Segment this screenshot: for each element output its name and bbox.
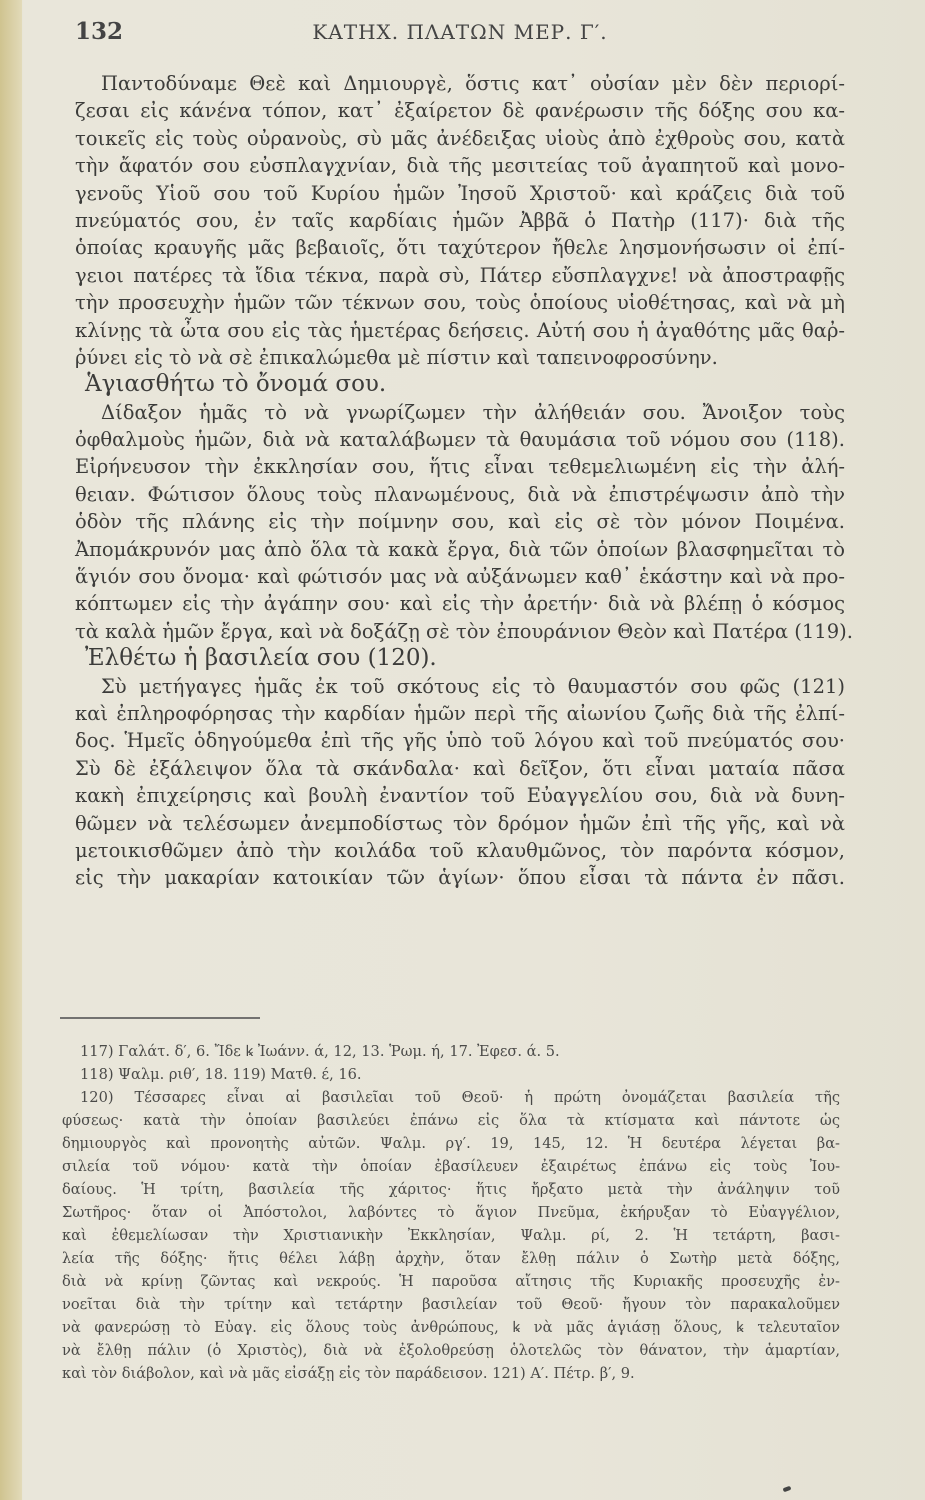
ink-speck: [783, 1486, 792, 1492]
footnotes: 117) Γαλάτ. δ′, 6. Ἴδε ꝃ Ἰωάνν. ά, 12, 1…: [80, 1040, 840, 1385]
text-line: θειαν. Φώτισον ὅλους τοὺς πλανωμένους, δ…: [75, 481, 845, 508]
footnote-118-119: 118) Ψαλμ. ριθ′, 18. 119) Ματθ. έ, 16.: [80, 1063, 840, 1086]
section-heading-hallowed: Ἁγιασθήτω τὸ ὄνομά σου.: [75, 371, 845, 398]
text-line: τὴν προσευχὴν ἡμῶν τῶν τέκνων σου, τοὺς …: [75, 289, 845, 316]
text-line: τὰ καλὰ ἡμῶν ἔργα, καὶ νὰ δοξάζῃ σὲ τὸν …: [75, 618, 845, 645]
footnote-line: σιλεία τοῦ νόμου· κατὰ τὴν ὁποίαν ἐβασίλ…: [62, 1155, 840, 1178]
text-line: καὶ ἐπληροφόρησας τὴν καρδίαν ἡμῶν περὶ …: [75, 700, 845, 727]
text-line: πνεύματός σου, ἐν ταῖς καρδίαις ἡμῶν Ἀββ…: [75, 207, 845, 234]
footnote-line: δημιουργὸς καὶ προνοητὴς αὐτῶν. Ψαλμ. ργ…: [62, 1132, 840, 1155]
main-text: Παντοδύναμε Θεὲ καὶ Δημιουργὲ, ὅστις κατ…: [75, 70, 845, 892]
text-line: θῶμεν νὰ τελέσωμεν ἀνεμποδίστως τὸν δρόμ…: [75, 810, 845, 837]
text-line: γειοι πατέρες τὰ ἴδια τέκνα, παρὰ σὺ, Πά…: [75, 262, 845, 289]
running-head: 132 ΚΑΤΗΧ. ΠΛΑΤΩΝ ΜΕΡ. Γ′.: [75, 18, 845, 58]
text-line: εἰς τὴν μακαρίαν κατοικίαν τῶν ἁγίων· ὅπ…: [75, 864, 845, 891]
footnote-divider: [60, 1017, 260, 1019]
text-line: γενοῦς Υἱοῦ σου τοῦ Κυρίου ἡμῶν Ἰησοῦ Χρ…: [75, 180, 845, 207]
footnote-line: φύσεως· κατὰ τὴν ὁποίαν βασιλεύει ἐπάνω …: [62, 1109, 840, 1132]
text-line: ζεσαι εἰς κάνένα τόπον, κατ᾽ ἐξαίρετον δ…: [75, 97, 845, 124]
footnote-121: καὶ τὸν διάβολον, καὶ νὰ μᾶς εἰσάξῃ εἰς …: [62, 1362, 840, 1385]
text-line: Δίδαξον ἡμᾶς τὸ νὰ γνωρίζωμεν τὴν ἀλήθει…: [75, 399, 845, 426]
text-line: ῥύνει εἰς τὸ νὰ σὲ ἐπικαλώμεθα μὲ πίστιν…: [75, 344, 845, 371]
text-line: Εἰρήνευσον τὴν ἐκκλησίαν σου, ἥτις εἶναι…: [75, 453, 845, 480]
text-line: ὁδὸν τῆς πλάνης εἰς τὴν ποίμνην σου, καὶ…: [75, 508, 845, 535]
footnote-line: νοεῖται διὰ τὴν τρίτην καὶ τετάρτην βασι…: [62, 1293, 840, 1316]
footnote-line: δαίους. Ἡ τρίτη, βασιλεία τῆς χάριτος· ἥ…: [62, 1178, 840, 1201]
text-line: Σὺ δὲ ἐξάλειψον ὅλα τὰ σκάνδαλα· καὶ δεῖ…: [75, 755, 845, 782]
text-line: ὁποίας κραυγῆς μᾶς βεβαιοῖς, ὅτι ταχύτερ…: [75, 234, 845, 261]
footnote-line: καὶ ἐθεμελίωσαν τὴν Χριστιανικὴν Ἐκκλησί…: [62, 1224, 840, 1247]
text-line: μετοικισθῶμεν ἀπὸ τὴν κοιλάδα τοῦ κλαυθμ…: [75, 837, 845, 864]
running-title: ΚΑΤΗΧ. ΠΛΑΤΩΝ ΜΕΡ. Γ′.: [75, 20, 845, 44]
text-line: δος. Ἡμεῖς ὁδηγούμεθα ἐπὶ τῆς γῆς ὑπὸ το…: [75, 727, 845, 754]
text-line: Ἀπομάκρυνόν μας ἀπὸ ὅλα τὰ κακὰ ἔργα, δι…: [75, 536, 845, 563]
text-line: ἅγιόν σου ὄνομα· καὶ φώτισόν μας νὰ αὐξά…: [75, 563, 845, 590]
footnote-line: λεία τῆς δόξης· ἥτις θέλει λάβῃ ἀρχὴν, ὅ…: [62, 1247, 840, 1270]
text-line: κακὴ ἐπιχείρησις καὶ βουλὴ ἐναντίον τοῦ …: [75, 782, 845, 809]
text-line: Παντοδύναμε Θεὲ καὶ Δημιουργὲ, ὅστις κατ…: [75, 70, 845, 97]
page-gutter: [0, 0, 22, 1500]
book-page: 132 ΚΑΤΗΧ. ΠΛΑΤΩΝ ΜΕΡ. Γ′. Παντοδύναμε Θ…: [0, 0, 925, 1500]
footnote-line: νὰ φανερώσῃ τὸ Εὐαγ. εἰς ὅλους τοὺς ἀνθρ…: [62, 1316, 840, 1339]
text-line: κόπτωμεν εἰς τὴν ἀγάπην σου· καὶ εἰς τὴν…: [75, 590, 845, 617]
section-heading-kingdom: Ἐλθέτω ἡ βασιλεία σου (120).: [75, 645, 845, 672]
footnote-line: Σωτῆρος· ὅταν οἱ Ἀπόστολοι, λαβόντες τὸ …: [62, 1201, 840, 1224]
text-line: τοικεῖς εἰς τοὺς οὐρανοὺς, σὺ μᾶς ἀνέδει…: [75, 125, 845, 152]
footnote-line: διὰ νὰ κρίνῃ ζῶντας καὶ νεκρούς. Ἡ παροῦ…: [62, 1270, 840, 1293]
text-line: Σὺ μετήγαγες ἡμᾶς ἐκ τοῦ σκότους εἰς τὸ …: [75, 673, 845, 700]
text-line: τὴν ἄφατόν σου εὐσπλαγχνίαν, διὰ τῆς μεσ…: [75, 152, 845, 179]
footnote-line: νὰ ἔλθῃ πάλιν (ὁ Χριστὸς), διὰ νὰ ἐξολοθ…: [62, 1339, 840, 1362]
footnote-120: 120) Τέσσαρες εἶναι αἱ βασιλεῖαι τοῦ Θεο…: [80, 1086, 840, 1109]
footnote-117: 117) Γαλάτ. δ′, 6. Ἴδε ꝃ Ἰωάνν. ά, 12, 1…: [80, 1040, 840, 1063]
text-line: κλίνῃς τὰ ὦτα σου εἰς τὰς ἡμετέρας δεήσε…: [75, 317, 845, 344]
text-line: ὀφθαλμοὺς ἡμῶν, διὰ νὰ καταλάβωμεν τὰ θα…: [75, 426, 845, 453]
